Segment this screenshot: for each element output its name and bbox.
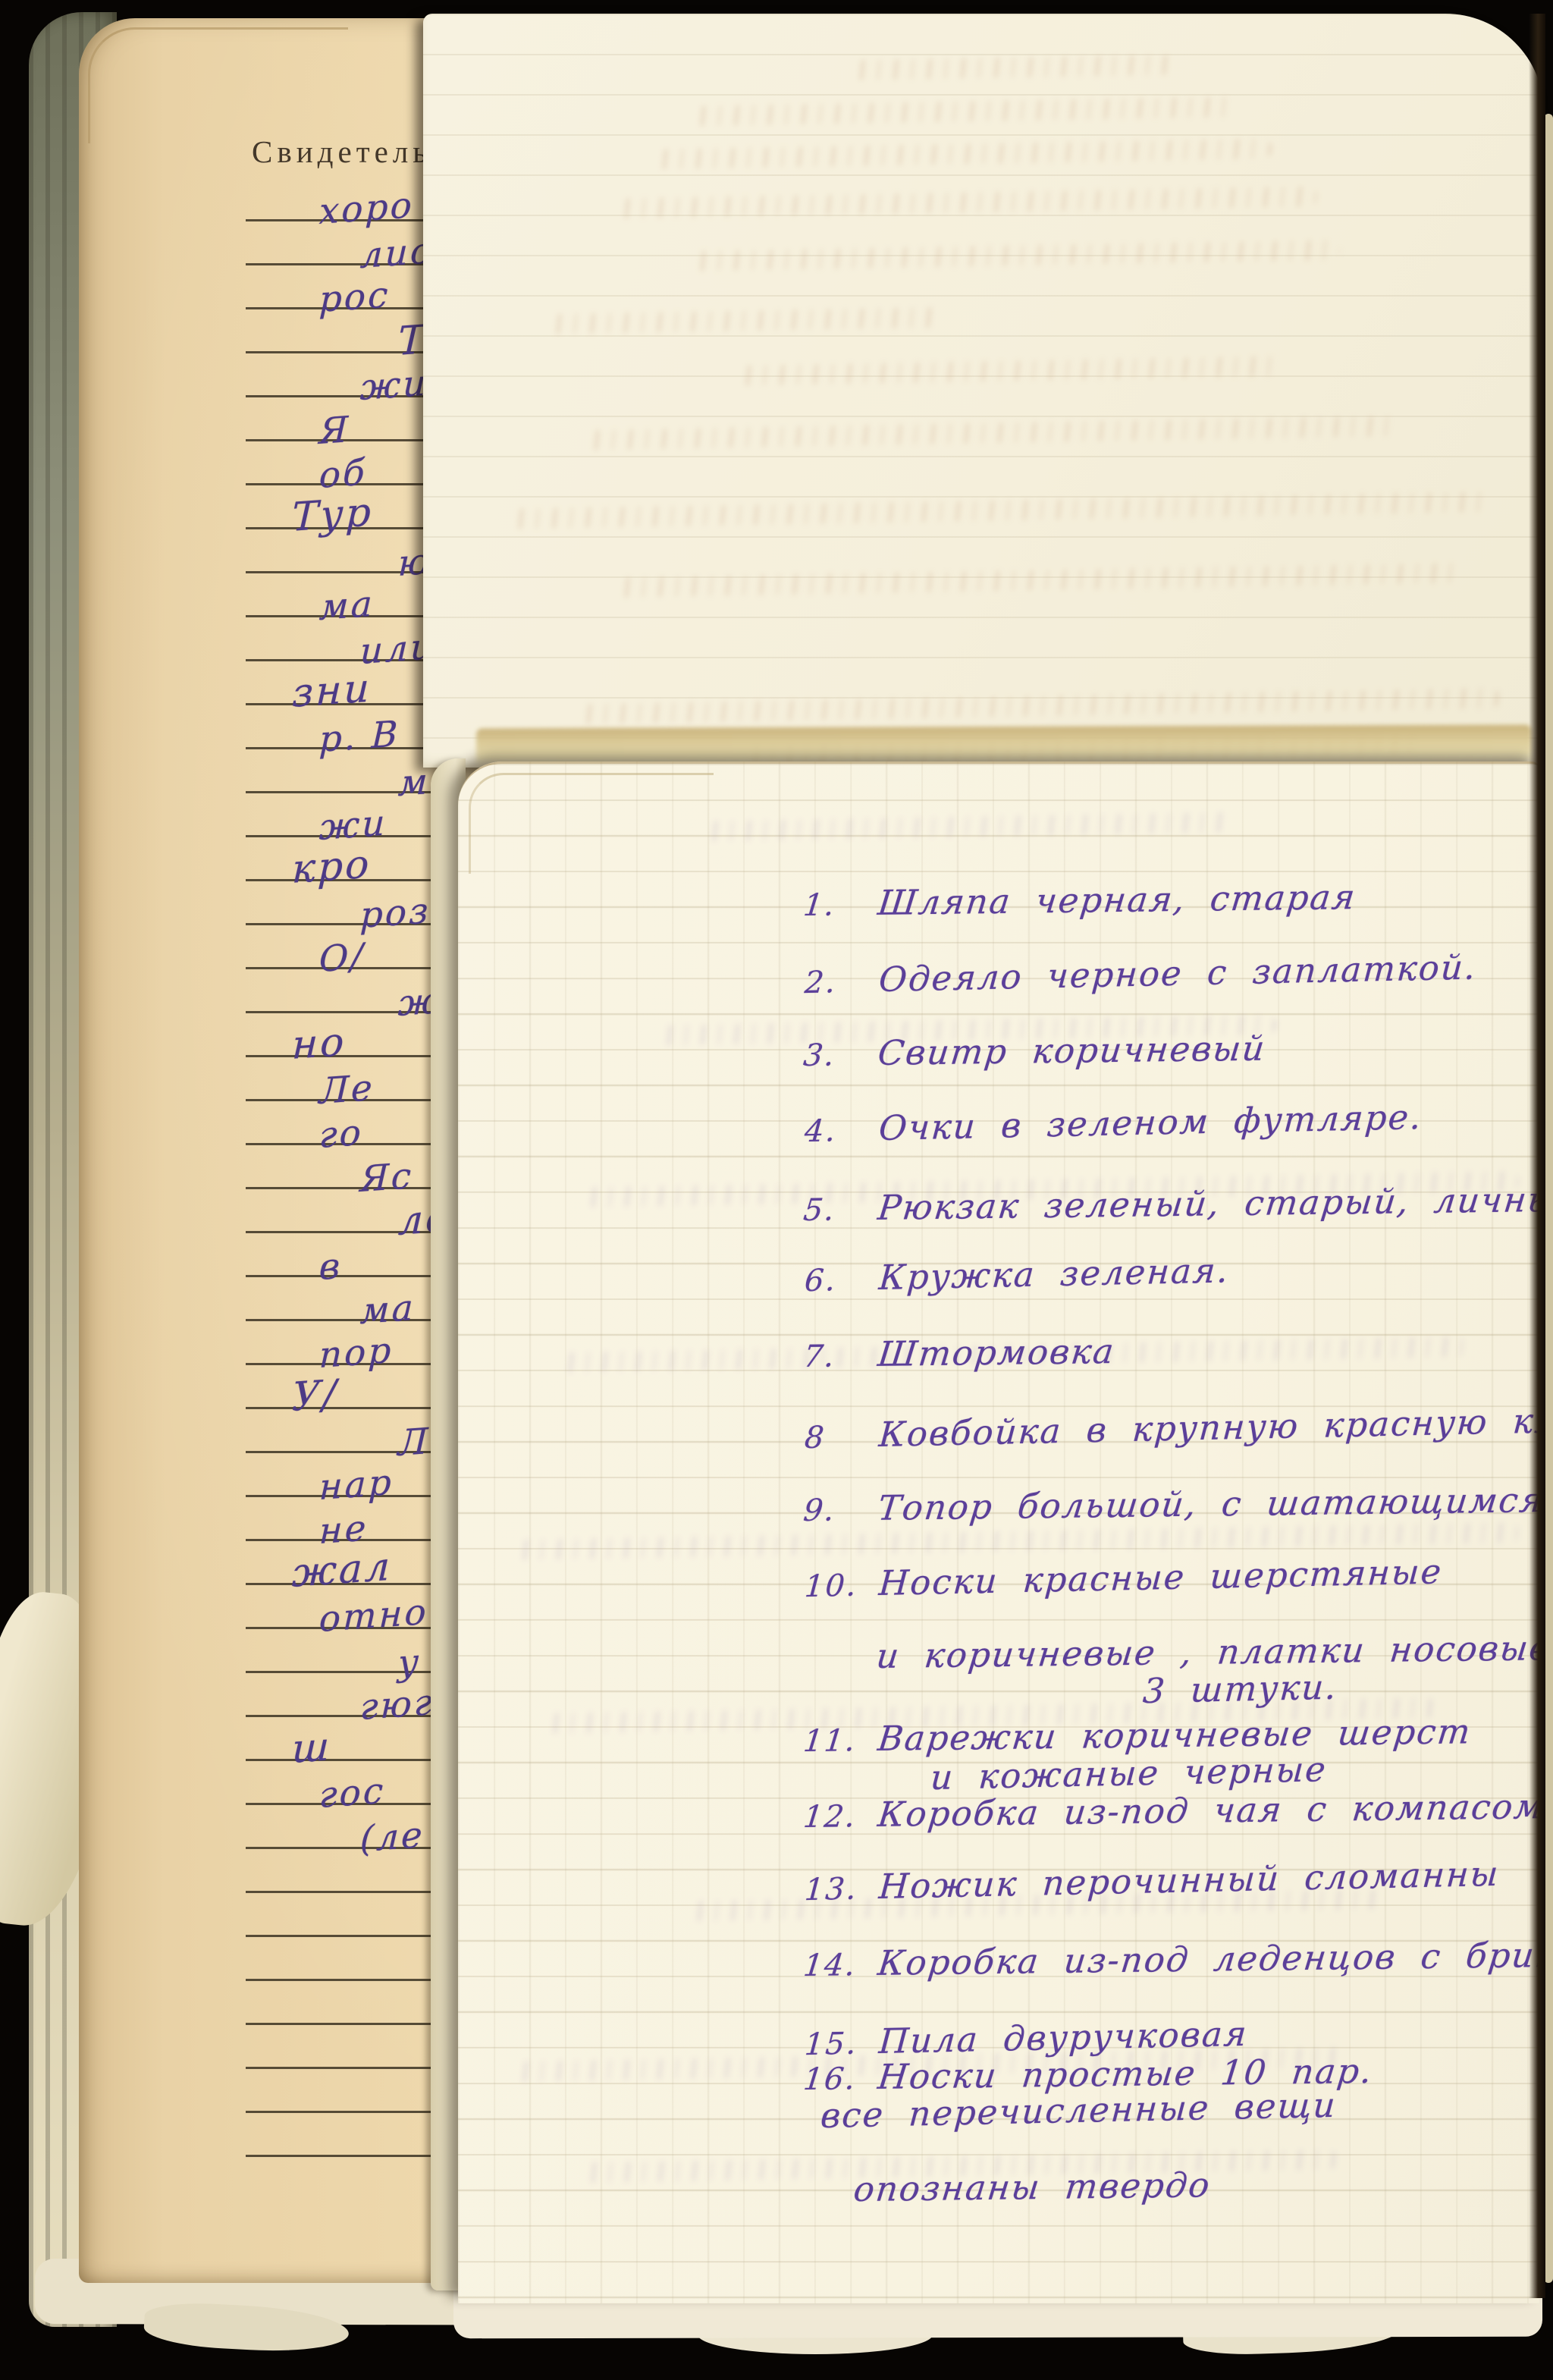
inventory-line: 12.Коробка из-под чая с компасом (802, 1786, 1539, 1835)
bleed-through-squiggle (613, 187, 1318, 218)
inventory-line: 10.Носки красные шерстяные (803, 1551, 1444, 1605)
item-text: Носки красные шерстяные (877, 1551, 1444, 1603)
item-number: 16. (802, 2061, 858, 2097)
item-number: 13. (804, 1872, 859, 1908)
item-text: и коричневые , платки носовые с зе (874, 1626, 1539, 1676)
top-blank-page (423, 14, 1544, 768)
item-number: 4. (804, 1113, 859, 1150)
inventory-line: 4.Очки в зеленом футляре. (803, 1097, 1423, 1150)
item-number: 14. (802, 1948, 858, 1983)
item-number: 6. (804, 1263, 859, 1299)
inventory-line: 3 штуки. (1141, 1667, 1338, 1711)
item-text: Штормовка (876, 1331, 1117, 1374)
inventory-line: 1.Шляпа черная, старая (802, 877, 1358, 924)
bleed-through-squiggle (689, 240, 1341, 271)
bleed-through-squiggle (575, 688, 1500, 724)
bleed-through-squiggle (701, 812, 1231, 841)
bleed-through-squiggle (613, 563, 1462, 598)
bleed-through-squiggle (544, 307, 939, 334)
item-text: Ножик перочинный сломанны (877, 1854, 1501, 1907)
item-number: 10. (804, 1568, 859, 1605)
inventory-line: 3.Свитр коричневый (802, 1028, 1268, 1075)
inventory-line: 13.Ножик перочинный сломанны (803, 1854, 1501, 1908)
item-text: Рюкзак зеленый, старый, личны (876, 1179, 1539, 1228)
inventory-line: 5.Рюкзак зеленый, старый, личны (802, 1179, 1539, 1229)
item-number: 11. (802, 1723, 858, 1759)
inventory-line: 9.Топор большой, с шатающимся топорищ (802, 1477, 1539, 1529)
item-text: Свитр коричневый (876, 1028, 1268, 1073)
inventory-line: опознаны твердо (852, 2165, 1213, 2209)
item-number: 3. (802, 1038, 858, 1073)
bleed-through-squiggle (689, 97, 1235, 127)
bleed-through-squiggle (507, 492, 1492, 529)
item-number: 1. (802, 887, 858, 923)
item-text: Одеяло черное с заплаткой. (877, 947, 1478, 1000)
item-number: 5. (802, 1192, 858, 1228)
book-gutter-crease (1529, 14, 1545, 2298)
item-text: Шляпа черная, старая (876, 877, 1358, 923)
scanned-case-file: { "scan": { "background_color": "#070503… (0, 0, 1553, 2380)
item-text: 3 штуки. (1141, 1667, 1338, 1711)
item-number: 2. (804, 965, 859, 1001)
item-text: Коробка из-под чая с компасом (876, 1786, 1539, 1835)
item-number: 9. (802, 1493, 858, 1528)
item-number: 7. (802, 1339, 858, 1374)
bleed-through-squiggle (582, 416, 1401, 451)
item-text: Ковбойка в крупную красную клетк (877, 1399, 1539, 1455)
inventory-line: 6.Кружка зеленая. (803, 1250, 1230, 1299)
inventory-line: и коричневые , платки носовые с зе (874, 1626, 1539, 1676)
inventory-line: 8Ковбойка в крупную красную клетк (803, 1399, 1539, 1456)
item-number: 8 (804, 1420, 859, 1456)
item-text: Кружка зеленая. (877, 1250, 1230, 1298)
item-text: опознаны твердо (852, 2165, 1213, 2209)
bleed-through-squiggle (651, 139, 1272, 169)
item-text: Очки в зеленом футляре. (877, 1097, 1423, 1148)
item-text: Коробка из-под леденцов с бритв. пр (876, 1933, 1539, 1983)
item-text: Топор большой, с шатающимся топорищ (876, 1477, 1539, 1528)
inventory-line: 2.Одеяло черное с заплаткой. (803, 947, 1478, 1001)
item-number: 12. (802, 1799, 858, 1835)
bleed-through-squiggle (848, 55, 1174, 80)
bleed-through-squiggle (734, 356, 1280, 386)
inventory-line: 14.Коробка из-под леденцов с бритв. пр (802, 1933, 1539, 1984)
inventory-line: 7.Штормовка (802, 1331, 1117, 1375)
inventory-list-page: 1.Шляпа черная, старая 2.Одеяло черное с… (458, 761, 1539, 2303)
